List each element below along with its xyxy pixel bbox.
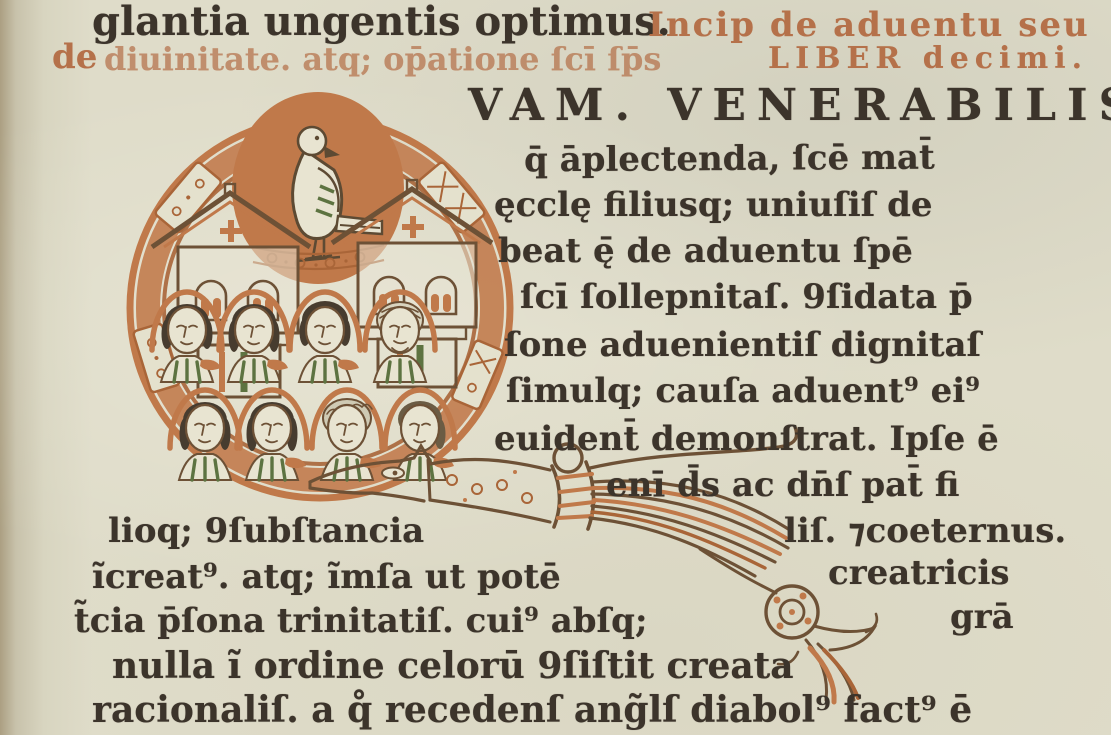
body-line-r7: euident̄ demonſtrat. Ipſe ē bbox=[494, 422, 999, 456]
header-line2-liber: LIBER decimi. bbox=[768, 44, 1088, 74]
incipit-capitals: VAM. VENERABILIS bbox=[468, 84, 1111, 128]
body-line-m1: lioq; 9ſubſtancia bbox=[108, 514, 424, 548]
body-line-m3-right: grā bbox=[950, 600, 1014, 634]
body-line-r8-text: enī d̄s ac dn̄ſ pat̄ fi bbox=[606, 465, 959, 505]
body-line-r9-text: liſ. ⁊coeternus. bbox=[784, 511, 1066, 551]
body-line-r3: beat ę̄ de aduentu ſpē bbox=[498, 234, 913, 268]
rubric-main-text: diuinitate. atq; op̄atione ſcī ſp̄s bbox=[104, 40, 661, 78]
manuscript-page: glantia ungentis optimus. Incip de aduen… bbox=[0, 0, 1111, 735]
bust-7 bbox=[312, 390, 382, 480]
body-line-r4: ſcī ſollepnitaſ. 9ſidata p̄ bbox=[520, 280, 973, 314]
body-line-r7-text: euident̄ demonſtrat. Ipſe ē bbox=[494, 419, 999, 459]
bust-3 bbox=[290, 292, 360, 382]
body-line-r8: enī d̄s ac dn̄ſ pat̄ fi bbox=[606, 468, 959, 502]
body-line-m3-right-text: grā bbox=[950, 597, 1014, 637]
bust-2 bbox=[219, 292, 289, 382]
body-line-r4-text: ſcī ſollepnitaſ. 9ſidata p̄ bbox=[520, 277, 973, 317]
header-line1-black-text: glantia ungentis optimus. bbox=[92, 0, 671, 45]
body-line-m4-text: nulla ĩ ordine celorū 9ſiſtit creata bbox=[112, 645, 794, 687]
body-line-m2-text: ĩcreat⁹. atq; ĩmſa ut potē bbox=[92, 557, 561, 597]
body-line-m3: t̃cia p̄ſona trinitatiſ. cui⁹ abſq; bbox=[74, 604, 648, 638]
bust-4 bbox=[365, 292, 435, 382]
header-line1-rubric-text: Incip de aduentu seu bbox=[648, 5, 1090, 45]
body-line-r2: ęcclę filiusq; uniuſiſ de bbox=[494, 188, 932, 222]
body-line-r9: liſ. ⁊coeternus. bbox=[784, 514, 1066, 548]
body-line-r6: ſimulq; cauſa aduent⁹ ei⁹ bbox=[506, 374, 980, 408]
header-line1-black: glantia ungentis optimus. bbox=[92, 2, 671, 42]
body-line-r6-text: ſimulq; cauſa aduent⁹ ei⁹ bbox=[506, 371, 980, 411]
body-line-r1: q̄ āplectenda, ſcē mat̄ bbox=[524, 141, 935, 178]
body-line-r5: ſone aduenientiſ dignitaſ bbox=[504, 328, 981, 362]
header-line1-rubric: Incip de aduentu seu bbox=[648, 8, 1090, 42]
body-line-m3-text: t̃cia p̄ſona trinitatiſ. cui⁹ abſq; bbox=[74, 601, 648, 641]
body-line-m2: ĩcreat⁹. atq; ĩmſa ut potē bbox=[92, 560, 561, 594]
body-line-m2-right-text: creatricis bbox=[828, 553, 1010, 593]
header-line2-de: de bbox=[52, 40, 97, 74]
header-line2-main: diuinitate. atq; op̄atione ſcī ſp̄s bbox=[104, 43, 661, 75]
body-line-r3-text: beat ę̄ de aduentu ſpē bbox=[498, 231, 913, 271]
body-line-m5-text: racionaliſ. a q̊ recedenſ ang̃lſ diabol⁹… bbox=[92, 689, 972, 731]
incipit-capitals-text: VAM. VENERABILIS bbox=[468, 80, 1111, 131]
body-line-r1-text: q̄ āplectenda, ſcē mat̄ bbox=[524, 138, 935, 181]
rubric-de-text: de bbox=[52, 37, 97, 77]
rubric-liber-text: LIBER decimi. bbox=[768, 41, 1088, 76]
body-line-m2-right: creatricis bbox=[828, 556, 1010, 590]
body-line-m1-text: lioq; 9ſubſtancia bbox=[108, 511, 424, 551]
body-line-m4: nulla ĩ ordine celorū 9ſiſtit creata bbox=[112, 648, 794, 684]
body-line-r2-text: ęcclę filiusq; uniuſiſ de bbox=[494, 185, 932, 225]
body-line-r5-text: ſone aduenientiſ dignitaſ bbox=[504, 325, 981, 365]
body-line-m5: racionaliſ. a q̊ recedenſ ang̃lſ diabol⁹… bbox=[92, 692, 972, 728]
